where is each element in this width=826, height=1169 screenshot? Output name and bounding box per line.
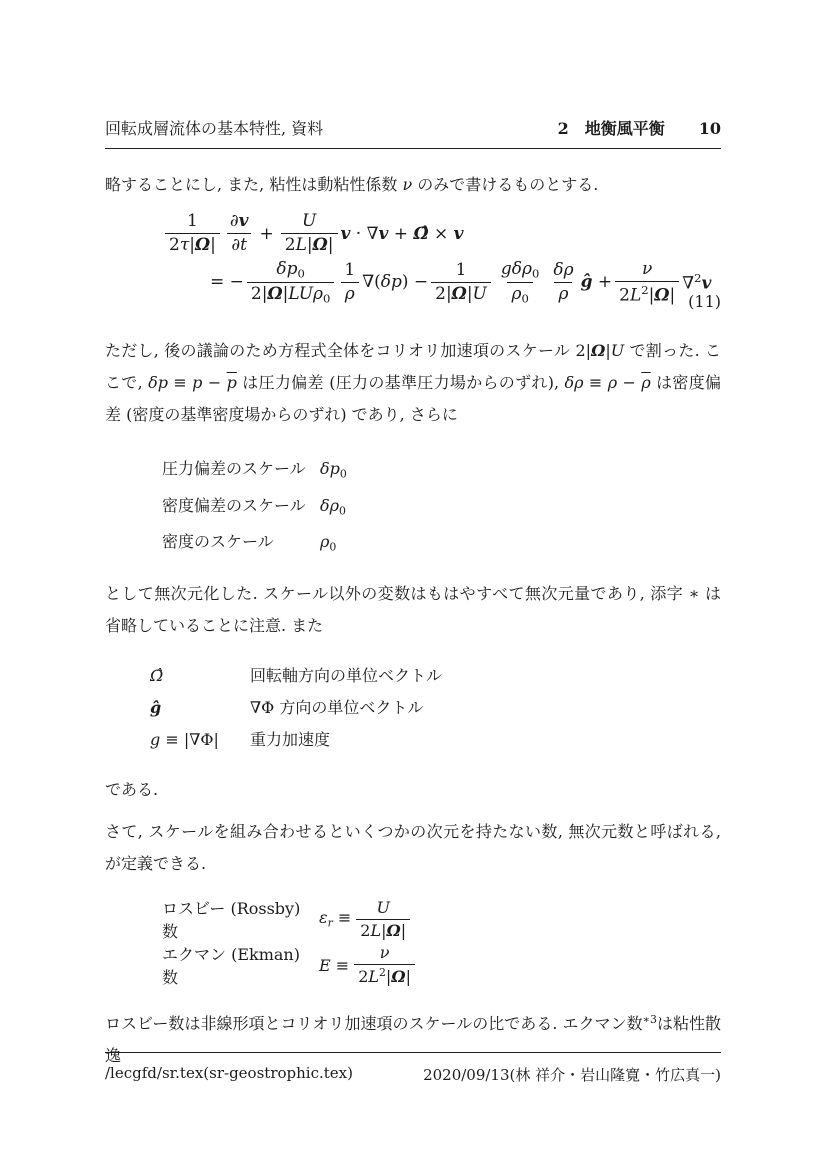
plus-operator: +	[260, 224, 274, 244]
equation-11: 12τ|Ω| ∂v∂t + U2L|Ω| v · ∇v + Ω̂ × v = −…	[105, 211, 721, 311]
grad-delta-p: ∇(δp) −	[362, 272, 428, 292]
scale-symbol: ρ0	[320, 526, 336, 562]
scale-symbol: δρ0	[320, 490, 346, 526]
definition-description: 重力加速度	[250, 724, 330, 756]
fraction-advection-scale: U2L|Ω|	[281, 211, 338, 257]
paragraph-deviation-definitions: ただし, 後の議論のため方程式全体をコリオリ加速項のスケール 2|Ω|U で割っ…	[105, 335, 721, 431]
definition-symbol: ĝ	[150, 692, 250, 724]
scale-label: 密度偏差のスケール	[162, 490, 320, 526]
dimensionless-number-list: ロスビー (Rossby) 数 εr ≡ U2L|Ω| エクマン (Ekman)…	[162, 896, 721, 988]
fraction-viscosity-scale: ν2L2|Ω|	[615, 259, 679, 307]
definition-row-omega-hat: Ω̂ 回転軸方向の単位ベクトル	[150, 660, 721, 692]
paragraph-dimensionless-intro: さて, スケールを組み合わせるといくつかの次元を持たない数, 無次元数と呼ばれる…	[105, 816, 721, 880]
laplacian-v: ∇2v	[682, 271, 711, 293]
definition-row-gravity: g ≡ |∇Φ| 重力加速度	[150, 724, 721, 756]
paragraph-intro: 略することにし, また, 粘性は動粘性係数 ν のみで書けるものとする.	[105, 169, 721, 201]
definition-symbol: g ≡ |∇Φ|	[150, 724, 250, 756]
definition-list: Ω̂ 回転軸方向の単位ベクトル ĝ ∇Φ 方向の単位ベクトル g ≡ |∇Φ| …	[150, 660, 721, 756]
rossby-number-name: ロスビー (Rossby) 数	[162, 896, 319, 942]
section-number: 2	[558, 119, 569, 138]
scale-row-pressure-deviation: 圧力偏差のスケール δp0	[162, 453, 721, 489]
page-number: 10	[699, 119, 721, 138]
scale-label: 密度のスケール	[162, 526, 320, 562]
fraction-one-over-rho: 1ρ	[340, 260, 359, 306]
definition-description: ∇Φ 方向の単位ベクトル	[250, 692, 423, 724]
definition-description: 回転軸方向の単位ベクトル	[250, 660, 442, 692]
definition-row-g-hat: ĝ ∇Φ 方向の単位ベクトル	[150, 692, 721, 724]
paragraph-dearu: である.	[105, 774, 721, 806]
document-page: 回転成層流体の基本特性, 資料 2 地衡風平衡 10 略することにし, また, …	[0, 0, 826, 1169]
fraction-one-over-coriolis: 12|Ω|U	[431, 260, 491, 306]
ekman-number-row: エクマン (Ekman) 数 E ≡ ν2L2|Ω|	[162, 942, 721, 988]
equation-11-line2: = − δp02|Ω|LUρ0 1ρ ∇(δp) − 12|Ω|U gδρ0ρ0…	[210, 259, 721, 307]
running-head-right: 2 地衡風平衡 10	[558, 116, 721, 139]
footer-source-path: /lecgfd/sr.tex(sr-geostrophic.tex)	[105, 1064, 353, 1085]
fraction-coriolis-time: 12τ|Ω|	[165, 211, 220, 257]
rossby-number-row: ロスビー (Rossby) 数 εr ≡ U2L|Ω|	[162, 896, 721, 942]
fraction-dv-dt: ∂v∂t	[226, 211, 253, 257]
scale-list: 圧力偏差のスケール δp0 密度偏差のスケール δρ0 密度のスケール ρ0	[162, 453, 721, 562]
footer-date-authors: 2020/09/13(林 祥介・岩山隆寛・竹広真一)	[423, 1064, 721, 1085]
paragraph-nondimensionalization: として無次元化した. スケール以外の変数はもはやすべて無次元量であり, 添字 ∗…	[105, 578, 721, 642]
scale-symbol: δp0	[320, 453, 347, 489]
g-hat-plus: ĝ +	[581, 272, 613, 292]
scale-label: 圧力偏差のスケール	[162, 453, 320, 489]
rossby-number-symbol: εr ≡	[319, 908, 351, 929]
scale-row-density-deviation: 密度偏差のスケール δρ0	[162, 490, 721, 526]
fraction-buoyancy-scale: gδρ0ρ0	[497, 259, 543, 306]
ekman-number-fraction: ν2L2|Ω|	[354, 943, 415, 987]
section-title: 地衡風平衡	[585, 116, 665, 139]
running-head: 回転成層流体の基本特性, 資料 2 地衡風平衡 10	[105, 116, 721, 149]
equation-11-line1-tail: v · ∇v + Ω̂ × v	[341, 224, 464, 244]
fraction-pressure-scale: δp02|Ω|LUρ0	[247, 259, 334, 306]
rossby-number-fraction: U2L|Ω|	[356, 898, 410, 941]
equation-11-line1: 12τ|Ω| ∂v∂t + U2L|Ω| v · ∇v + Ω̂ × v	[162, 211, 721, 257]
doc-title: 回転成層流体の基本特性, 資料	[105, 116, 323, 139]
ekman-number-symbol: E ≡	[319, 956, 349, 975]
ekman-number-name: エクマン (Ekman) 数	[162, 942, 319, 988]
fraction-density-deviation: δρρ	[549, 260, 577, 306]
definition-symbol: Ω̂	[150, 660, 250, 692]
scale-row-density: 密度のスケール ρ0	[162, 526, 721, 562]
page-footer: /lecgfd/sr.tex(sr-geostrophic.tex) 2020/…	[105, 1052, 721, 1085]
equals-minus: = −	[210, 272, 244, 292]
